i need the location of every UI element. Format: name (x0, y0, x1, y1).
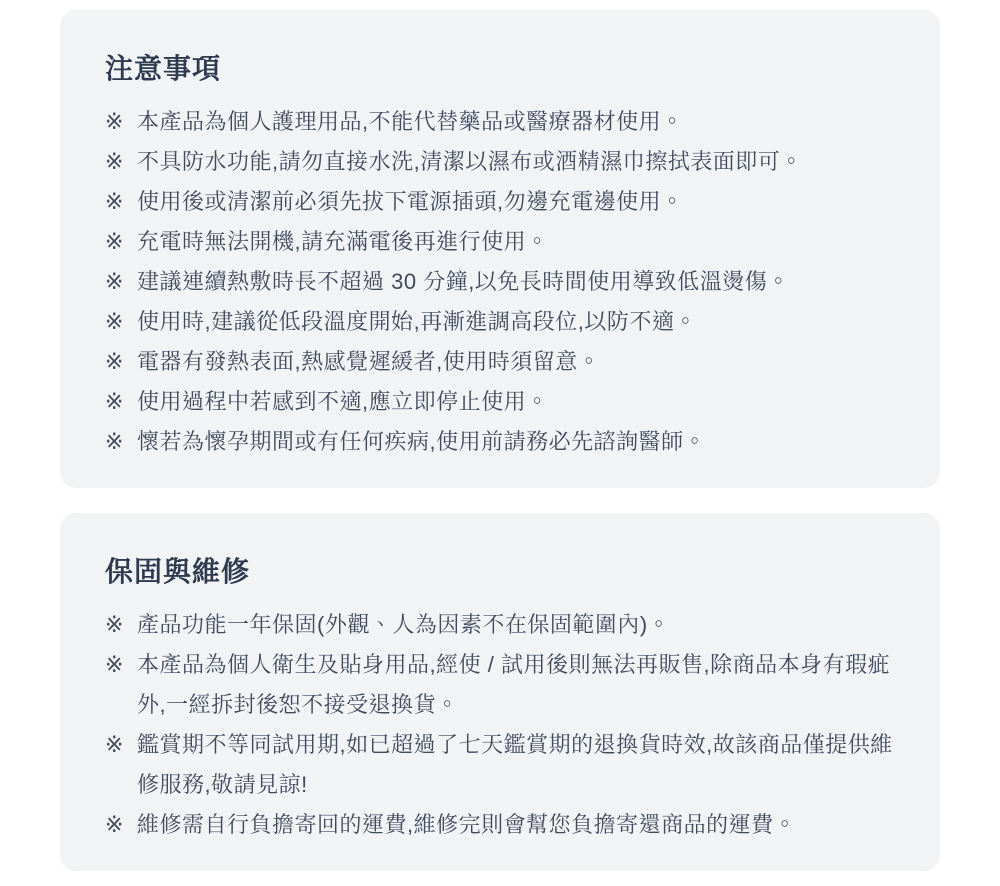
precaution-item: ※ 建議連續熱敷時長不超過 30 分鐘,以免長時間使用導致低溫燙傷。 (105, 262, 895, 302)
precaution-item-text: 電器有發熱表面,熱感覺遲緩者,使用時須留意。 (137, 342, 895, 382)
precaution-item-text: 使用後或清潔前必須先拔下電源插頭,勿邊充電邊使用。 (137, 182, 895, 222)
precaution-item: ※ 不具防水功能,請勿直接水洗,清潔以濕布或酒精濕巾擦拭表面即可。 (105, 142, 895, 182)
precautions-card: 注意事項 ※ 本產品為個人護理用品,不能代替藥品或醫療器材使用。 ※ 不具防水功… (60, 10, 940, 488)
precaution-item-text: 建議連續熱敷時長不超過 30 分鐘,以免長時間使用導致低溫燙傷。 (137, 262, 895, 302)
reference-mark: ※ (105, 142, 137, 182)
warranty-item: ※ 維修需自行負擔寄回的運費,維修完則會幫您負擔寄還商品的運費。 (105, 805, 895, 845)
precaution-item: ※ 使用時,建議從低段溫度開始,再漸進調高段位,以防不適。 (105, 302, 895, 342)
reference-mark: ※ (105, 222, 137, 262)
product-notes-page: 注意事項 ※ 本產品為個人護理用品,不能代替藥品或醫療器材使用。 ※ 不具防水功… (0, 0, 1000, 886)
reference-mark: ※ (105, 725, 137, 765)
reference-mark: ※ (105, 382, 137, 422)
precaution-item-text: 本產品為個人護理用品,不能代替藥品或醫療器材使用。 (137, 102, 895, 142)
reference-mark: ※ (105, 182, 137, 222)
warranty-item-text: 鑑賞期不等同試用期,如已超過了七天鑑賞期的退換貨時效,故該商品僅提供維修服務,敬… (137, 725, 895, 805)
precaution-item: ※ 使用後或清潔前必須先拔下電源插頭,勿邊充電邊使用。 (105, 182, 895, 222)
precaution-item: ※ 充電時無法開機,請充滿電後再進行使用。 (105, 222, 895, 262)
reference-mark: ※ (105, 302, 137, 342)
reference-mark: ※ (105, 102, 137, 142)
precaution-item-text: 懷若為懷孕期間或有任何疾病,使用前請務必先諮詢醫師。 (137, 422, 895, 462)
warranty-title: 保固與維修 (105, 555, 895, 589)
warranty-item: ※ 鑑賞期不等同試用期,如已超過了七天鑑賞期的退換貨時效,故該商品僅提供維修服務… (105, 725, 895, 805)
warranty-item-text: 產品功能一年保固(外觀、人為因素不在保固範圍內)。 (137, 605, 895, 645)
precaution-item: ※ 本產品為個人護理用品,不能代替藥品或醫療器材使用。 (105, 102, 895, 142)
warranty-card: 保固與維修 ※ 產品功能一年保固(外觀、人為因素不在保固範圍內)。 ※ 本產品為… (60, 513, 940, 871)
precaution-item: ※ 使用過程中若感到不適,應立即停止使用。 (105, 382, 895, 422)
warranty-item: ※ 本產品為個人衛生及貼身用品,經使 / 試用後則無法再販售,除商品本身有瑕疵外… (105, 645, 895, 725)
warranty-item-text: 本產品為個人衛生及貼身用品,經使 / 試用後則無法再販售,除商品本身有瑕疵外,一… (137, 645, 895, 725)
precaution-item-text: 使用過程中若感到不適,應立即停止使用。 (137, 382, 895, 422)
reference-mark: ※ (105, 262, 137, 302)
reference-mark: ※ (105, 805, 137, 845)
reference-mark: ※ (105, 342, 137, 382)
precaution-item-text: 使用時,建議從低段溫度開始,再漸進調高段位,以防不適。 (137, 302, 895, 342)
precaution-item-text: 充電時無法開機,請充滿電後再進行使用。 (137, 222, 895, 262)
warranty-item: ※ 產品功能一年保固(外觀、人為因素不在保固範圍內)。 (105, 605, 895, 645)
warranty-item-text: 維修需自行負擔寄回的運費,維修完則會幫您負擔寄還商品的運費。 (137, 805, 895, 845)
reference-mark: ※ (105, 422, 137, 462)
precaution-item-text: 不具防水功能,請勿直接水洗,清潔以濕布或酒精濕巾擦拭表面即可。 (137, 142, 895, 182)
precautions-title: 注意事項 (105, 52, 895, 86)
precaution-item: ※ 電器有發熱表面,熱感覺遲緩者,使用時須留意。 (105, 342, 895, 382)
reference-mark: ※ (105, 645, 137, 685)
precaution-item: ※ 懷若為懷孕期間或有任何疾病,使用前請務必先諮詢醫師。 (105, 422, 895, 462)
reference-mark: ※ (105, 605, 137, 645)
